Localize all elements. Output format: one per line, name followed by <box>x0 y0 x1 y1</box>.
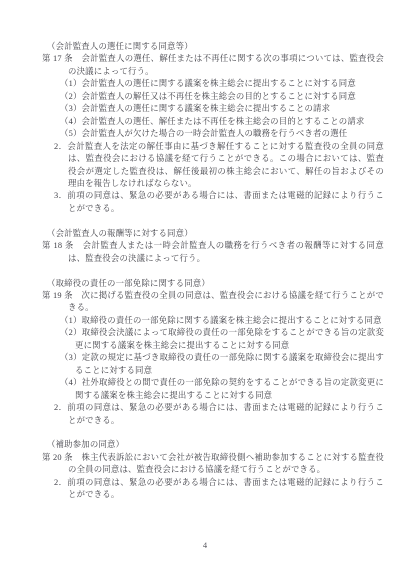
document-page: （会計監査人の選任に関する同意等） 第 17 条 会計監査人の選任、解任または不… <box>0 0 410 580</box>
list-item: （3）定款の規定に基づき取締役の責任の一部免除に関する議案を取締役会に提出するこ… <box>40 352 384 377</box>
page-number: 4 <box>0 540 410 550</box>
document-body: （会計監査人の選任に関する同意等） 第 17 条 会計監査人の選任、解任または不… <box>40 41 384 502</box>
article-paragraph: 第 20 条 株主代表訴訟において会社が被告取締役側へ補助参加することに対する監… <box>40 452 384 477</box>
paragraph: 2．会計監査人を法定の解任事由に基づき解任することに対する監査役の全員の同意は、… <box>40 141 384 191</box>
list-item: （4）社外取締役との間で責任の一部免除の契約をすることができる旨の定款変更に関す… <box>40 377 384 402</box>
list-item: （4）会計監査人の選任、解任または不再任を株主総会の目的とすることの請求 <box>40 116 384 128</box>
section-spacer <box>40 215 384 227</box>
section-heading: （会計監査人の選任に関する同意等） <box>40 41 384 53</box>
article-paragraph: 第 19 条 次に掲げる監査役の全員の同意は、監査役会における協議を経て行うこと… <box>40 290 384 315</box>
list-item: （1）会計監査人の選任に関する議案を株主総会に提出することに対する同意 <box>40 78 384 90</box>
paragraph: 2．前項の同意は、緊急の必要がある場合には、書面または電磁的記録により行うことが… <box>40 402 384 427</box>
list-item: （2）取締役会決議によって取締役の責任の一部免除をすることができる旨の定款変更に… <box>40 327 384 352</box>
section-spacer <box>40 427 384 439</box>
article-paragraph: 第 18 条 会計監査人または一時会計監査人の職務を行うべき者の報酬等に対する同… <box>40 240 384 265</box>
list-item: （3）会計監査人の選任に関する議案を株主総会に提出することの請求 <box>40 103 384 115</box>
list-item: （1）取締役の責任の一部免除に関する議案を株主総会に提出することに対する同意 <box>40 315 384 327</box>
section-heading: （会計監査人の報酬等に対する同意） <box>40 228 384 240</box>
paragraph: 2．前項の同意は、緊急の必要がある場合には、書面または電磁的記録により行うことが… <box>40 477 384 502</box>
list-item: （2）会計監査人の解任又は不再任を株主総会の目的とすることに対する同意 <box>40 91 384 103</box>
paragraph: 3．前項の同意は、緊急の必要がある場合には、書面または電磁的記録により行うことが… <box>40 190 384 215</box>
section-heading: （取締役の責任の一部免除に関する同意） <box>40 278 384 290</box>
section-spacer <box>40 265 384 277</box>
article-paragraph: 第 17 条 会計監査人の選任、解任または不再任に関する次の事項については、監査… <box>40 53 384 78</box>
section-heading: （補助参加の同意） <box>40 439 384 451</box>
list-item: （5）会計監査人が欠けた場合の一時会計監査人の職務を行うべき者の選任 <box>40 128 384 140</box>
